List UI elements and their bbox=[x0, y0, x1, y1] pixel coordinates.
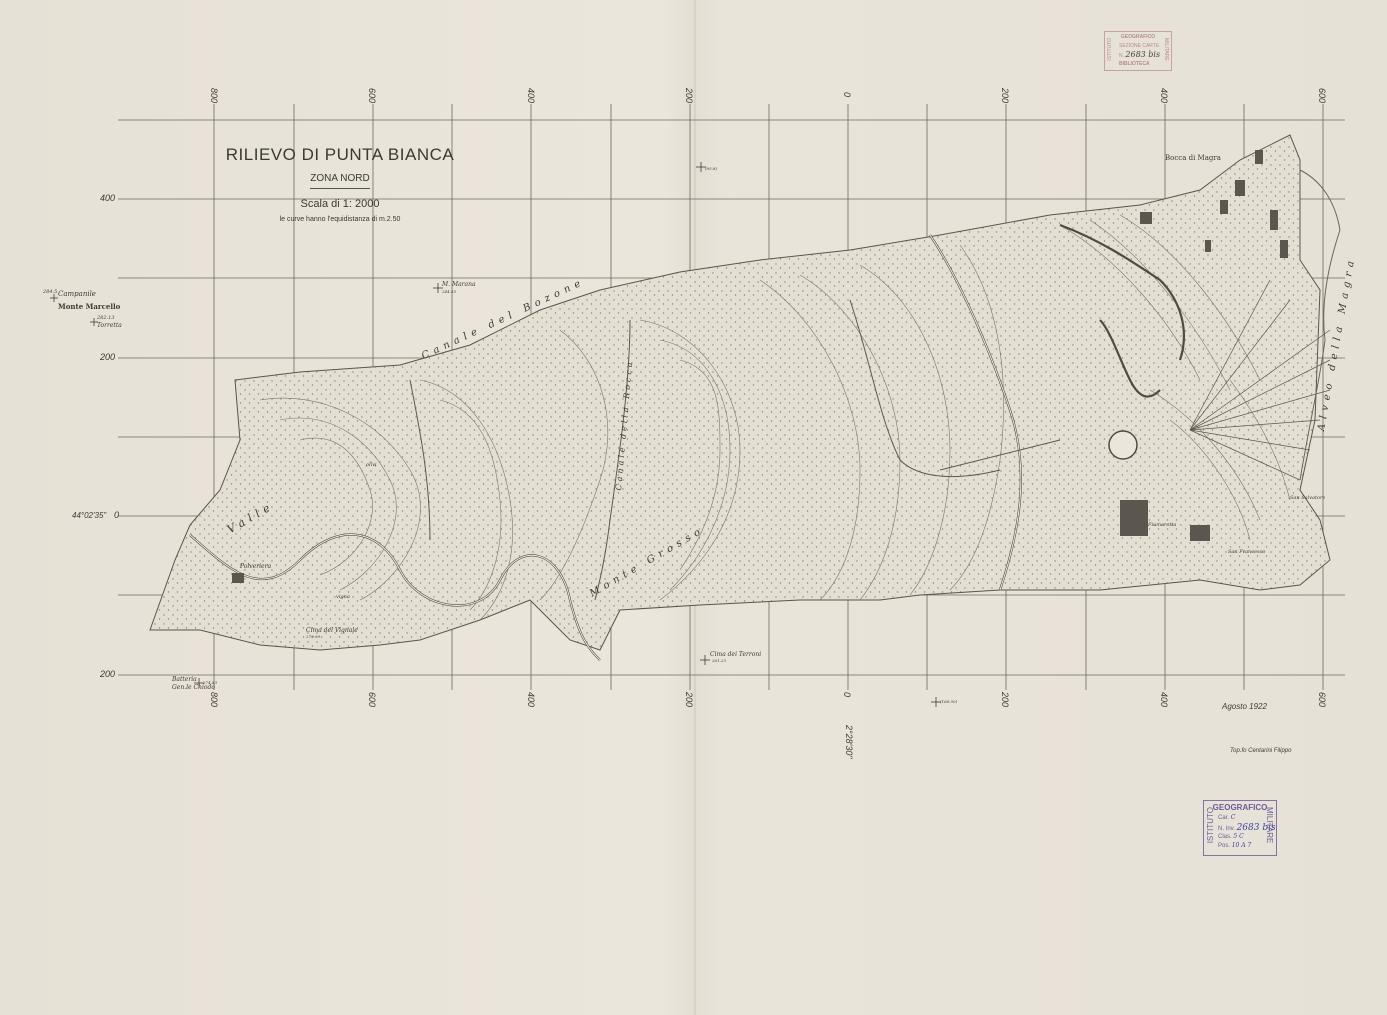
stamp-number-prefix: N. bbox=[1119, 53, 1124, 59]
surveyor-name: Top.fo Centarini Filippo bbox=[1230, 748, 1291, 754]
stamp-header: GEOGRAFICO bbox=[1105, 34, 1171, 40]
place-label-fiumaretta: Fiumaretta bbox=[1148, 522, 1176, 528]
latitude-label: 44°02'35" bbox=[72, 511, 106, 520]
place-label-san-francesco: San Francesco bbox=[1228, 549, 1265, 555]
bottom-tick-label: 200 bbox=[1000, 692, 1010, 707]
bottom-tick-label: 0 bbox=[842, 692, 852, 697]
subtitle-rule bbox=[310, 188, 370, 189]
top-tick-label: 400 bbox=[1159, 88, 1169, 103]
stamp-row-label: Pos. bbox=[1218, 843, 1230, 849]
stamp-row-value: 10 A 7 bbox=[1232, 842, 1252, 849]
stamp-row-label: Clas. bbox=[1218, 834, 1232, 840]
top-tick-label: 800 bbox=[209, 88, 219, 103]
title-block: RILIEVO DI PUNTA BIANCA ZONA NORD Scala … bbox=[220, 145, 460, 223]
stamp-row-label: N. Inv. bbox=[1218, 826, 1235, 832]
circular-fort bbox=[1109, 431, 1137, 459]
stamp-section: SEZIONE CARTE bbox=[1119, 43, 1159, 49]
place-label-polveriera: Polveriera bbox=[240, 563, 271, 570]
longitude-label: 2°28'30" bbox=[844, 725, 854, 759]
place-label-cima-terroni: Cima dei Terroni bbox=[710, 651, 761, 658]
stamp-left-text: ISTITUTO bbox=[1206, 807, 1215, 843]
bottom-tick-label: 400 bbox=[1159, 692, 1169, 707]
elevation-label: 284.5 bbox=[43, 289, 57, 295]
stamp-footer: BIBLIOTECA bbox=[1119, 61, 1150, 67]
elevation-label: (168.50) bbox=[940, 699, 957, 704]
stamp-number: 2683 bis bbox=[1125, 50, 1160, 59]
place-label-san-salvatore: San Salvatore bbox=[1290, 495, 1325, 501]
top-tick-label: 600 bbox=[1317, 88, 1327, 103]
bottom-tick-label: 600 bbox=[1317, 692, 1327, 707]
elevation-label: 274.83 bbox=[203, 680, 217, 685]
map-subtitle: ZONA NORD bbox=[220, 173, 460, 184]
left-tick-label: 0 bbox=[114, 510, 119, 520]
place-label-m-marana: M. Marana bbox=[442, 281, 476, 288]
elevation-label: 279.99 bbox=[306, 634, 320, 639]
place-label-batteria-sub: Gen.le Chiodo bbox=[172, 684, 215, 691]
bottom-tick-label: 800 bbox=[209, 692, 219, 707]
stamp-right-text: MILITARE bbox=[1163, 38, 1169, 61]
left-tick-label: 200 bbox=[100, 669, 115, 679]
top-tick-label: 200 bbox=[1000, 88, 1010, 103]
topographic-map bbox=[0, 0, 1387, 1015]
top-tick-label: 0 bbox=[842, 92, 852, 97]
place-label-torretta: Torretta bbox=[97, 322, 122, 329]
stamp-row-label: Car. bbox=[1218, 815, 1229, 821]
stamp-row-value: C bbox=[1231, 814, 1236, 821]
stamp-number-row: N. 2683 bis bbox=[1119, 50, 1160, 59]
stamp-row-value: 2683 bis bbox=[1237, 823, 1276, 833]
bottom-tick-label: 200 bbox=[684, 692, 694, 707]
elevation-label: (95.8) bbox=[705, 166, 717, 171]
library-stamp-top: GEOGRAFICO ISTITUTO MILITARE SEZIONE CAR… bbox=[1104, 31, 1172, 71]
landuse-label-vigna: vigna bbox=[336, 594, 350, 600]
top-tick-label: 600 bbox=[367, 88, 377, 103]
library-stamp-bottom: GEOGRAFICO ISTITUTO MILITARE Car. C N. I… bbox=[1203, 800, 1277, 856]
elevation-label: 261.23 bbox=[712, 658, 726, 663]
bottom-tick-label: 600 bbox=[367, 692, 377, 707]
map-scale: Scala di 1: 2000 bbox=[220, 198, 460, 210]
stamp-left-text: ISTITUTO bbox=[1107, 38, 1113, 61]
place-label-cima-vignale: Cima del Vignale bbox=[306, 627, 358, 634]
contour-note: le curve hanno l'equidistanza di m.2.50 bbox=[220, 216, 460, 223]
left-tick-label: 200 bbox=[100, 352, 115, 362]
top-tick-label: 400 bbox=[526, 88, 536, 103]
map-title: RILIEVO DI PUNTA BIANCA bbox=[220, 145, 460, 165]
place-label-batteria: Batteria bbox=[172, 676, 197, 683]
survey-date: Agosto 1922 bbox=[1222, 702, 1267, 711]
bottom-tick-label: 400 bbox=[526, 692, 536, 707]
place-label-bocca-di-magra: Bocca di Magra bbox=[1165, 154, 1221, 162]
elevation-label: 282.13 bbox=[97, 315, 115, 321]
place-label-monte-marcello: Monte Marcello bbox=[58, 302, 120, 311]
top-tick-label: 200 bbox=[684, 88, 694, 103]
place-label-campanile: Campanile bbox=[58, 290, 96, 298]
elevation-label: 244.55 bbox=[442, 289, 456, 294]
stamp-row-value: 5 C bbox=[1233, 833, 1243, 840]
left-tick-label: 400 bbox=[100, 193, 115, 203]
landuse-label-olivi: olivi bbox=[366, 462, 377, 468]
